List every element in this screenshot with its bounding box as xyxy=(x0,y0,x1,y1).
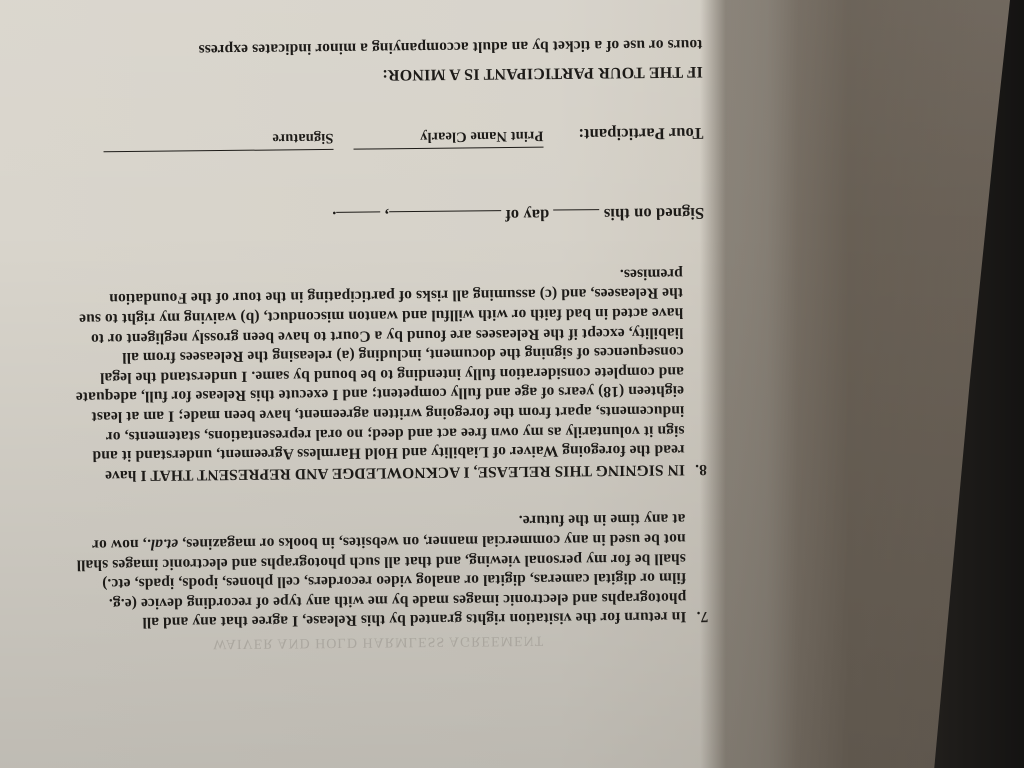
photo-scene: WAIVER AND HOLD HARMLESS AGREEMENT 7. In… xyxy=(0,0,1024,768)
etal-text: et.al. xyxy=(147,536,179,553)
signed-prefix: Signed on this xyxy=(604,204,705,224)
paragraph-number: 7. xyxy=(685,509,708,627)
paragraph-body: IN SIGNING THIS RELEASE, I ACKNOWLEDGE A… xyxy=(45,264,685,486)
print-name-caption: Print Name Clearly xyxy=(353,125,543,149)
signature-field[interactable]: Signature xyxy=(103,127,333,170)
year-blank[interactable] xyxy=(336,212,380,227)
signed-on-line: Signed on this day of , . xyxy=(44,204,704,231)
document-rotated: WAIVER AND HOLD HARMLESS AGREEMENT 7. In… xyxy=(0,0,1024,768)
month-blank[interactable] xyxy=(389,210,501,226)
paragraph-body: In return for the visitation rights gran… xyxy=(47,509,686,633)
paragraph-8: 8. IN SIGNING THIS RELEASE, I ACKNOWLEDG… xyxy=(45,263,707,485)
minor-text: tours or use of a ticket by an adult acc… xyxy=(42,34,702,61)
signed-middle: day of xyxy=(505,206,549,225)
paragraph-number: 8. xyxy=(683,263,707,479)
print-name-field[interactable]: Print Name Clearly xyxy=(353,125,543,168)
participant-label: Tour Participant: xyxy=(543,123,703,144)
tour-participant-row: Tour Participant: Print Name Clearly Sig… xyxy=(43,123,703,171)
document-body: WAIVER AND HOLD HARMLESS AGREEMENT 7. In… xyxy=(42,34,708,655)
header-bleed-through: WAIVER AND HOLD HARMLESS AGREEMENT xyxy=(49,628,709,655)
day-blank[interactable] xyxy=(553,209,599,224)
minor-heading: IF THE TOUR PARTICIPANT IS A MINOR: xyxy=(43,62,703,89)
paragraph-7: 7. In return for the visitation rights g… xyxy=(47,509,708,633)
signature-caption: Signature xyxy=(103,127,333,151)
text-span: , now or xyxy=(92,536,147,554)
period: . xyxy=(332,208,336,227)
comma: , xyxy=(385,208,389,227)
